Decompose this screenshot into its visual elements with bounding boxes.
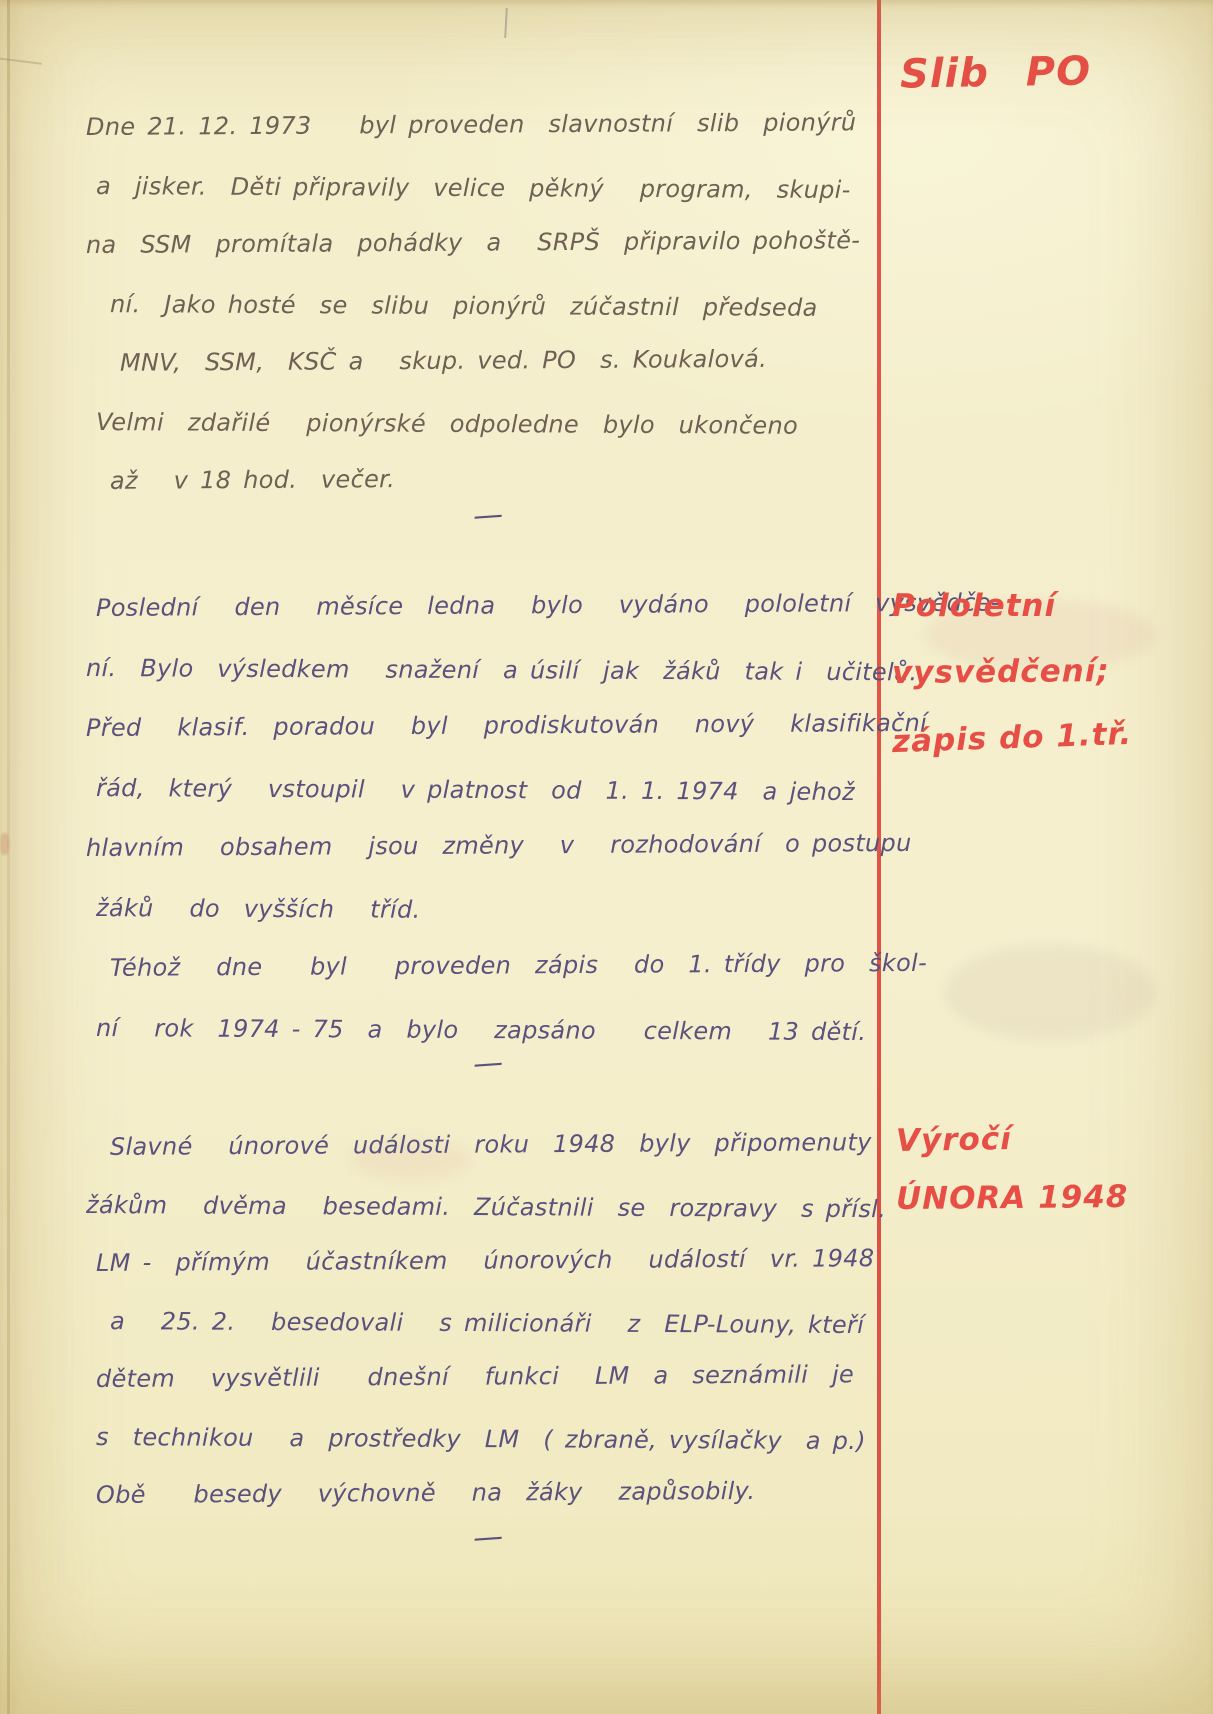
ink-bleed-through	[945, 945, 1155, 1040]
paragraph-vyroci-unora: Slavné únorové události roku 1948 byly p…	[86, 1118, 870, 1524]
text-line: Před klasif. poradou byl prodiskutován n…	[86, 693, 870, 758]
left-edge-smudge	[0, 833, 9, 855]
text-line: Dne 21. 12. 1973 byl proveden slavnostní…	[86, 93, 870, 157]
margin-note-slib-po: Slib PO	[900, 48, 1092, 97]
text-line: MNV, SSM, KSČ a skup. ved. PO s. Koukalo…	[86, 329, 870, 393]
text-line: ní. Jako hosté se slibu pionýrů zúčastni…	[86, 275, 870, 338]
section-divider: —	[457, 496, 519, 535]
text-line: dětem vysvětlili dnešní funkci LM a sezn…	[86, 1345, 870, 1408]
paragraph-pololetni-vysvedceni: Poslední den měsíce ledna bylo vydáno po…	[86, 578, 870, 1058]
left-binding-crease	[7, 0, 10, 1714]
text-line: Slavné únorové události roku 1948 byly p…	[86, 1113, 870, 1176]
margin-note-zapis-do-1-tr: zápis do 1.tř.	[891, 716, 1132, 760]
text-line: s technikou a prostředky LM ( zbraně, vy…	[86, 1408, 870, 1470]
text-line: hlavním obsahem jsou změny v rozhodování…	[86, 813, 870, 878]
text-line: a jisker. Děti připravily velice pěkný p…	[86, 157, 870, 220]
margin-note-unora-1948: ÚNORA 1948	[896, 1179, 1129, 1217]
margin-note-pololetni: Pololetní	[892, 588, 1056, 624]
stray-pen-mark	[504, 8, 508, 38]
text-line: Téhož dne byl proveden zápis do 1. třídy…	[86, 933, 870, 998]
text-line: LM - přímým účastníkem únorových událost…	[86, 1229, 870, 1292]
margin-note-vyroci: Výročí	[896, 1121, 1012, 1159]
margin-note-vysvedceni: vysvědčení;	[892, 653, 1110, 691]
text-line: žáků do vyšších tříd.	[86, 878, 870, 942]
paragraph-slib-pionyru: Dne 21. 12. 1973 byl proveden slavnostní…	[86, 98, 870, 511]
text-line: na SSM promítala pohádky a SRPŠ připravi…	[86, 211, 870, 275]
text-line: řád, který vstoupil v platnost od 1. 1. …	[86, 758, 870, 822]
section-divider: —	[457, 1518, 519, 1557]
text-line: Obě besedy výchovně na žáky zapůsobily.	[86, 1461, 870, 1524]
chronicle-page: Dne 21. 12. 1973 byl proveden slavnostní…	[0, 0, 1213, 1714]
text-line: žákům dvěma besedami. Zúčastnili se rozp…	[86, 1176, 870, 1238]
text-line: ní. Bylo výsledkem snažení a úsilí jak ž…	[86, 638, 870, 702]
text-line: Velmi zdařilé pionýrské odpoledne bylo u…	[86, 393, 870, 456]
text-line: Poslední den měsíce ledna bylo vydáno po…	[86, 573, 870, 638]
section-divider: —	[457, 1044, 519, 1083]
text-line: a 25. 2. besedovali s milicionáři z ELP-…	[86, 1292, 870, 1354]
